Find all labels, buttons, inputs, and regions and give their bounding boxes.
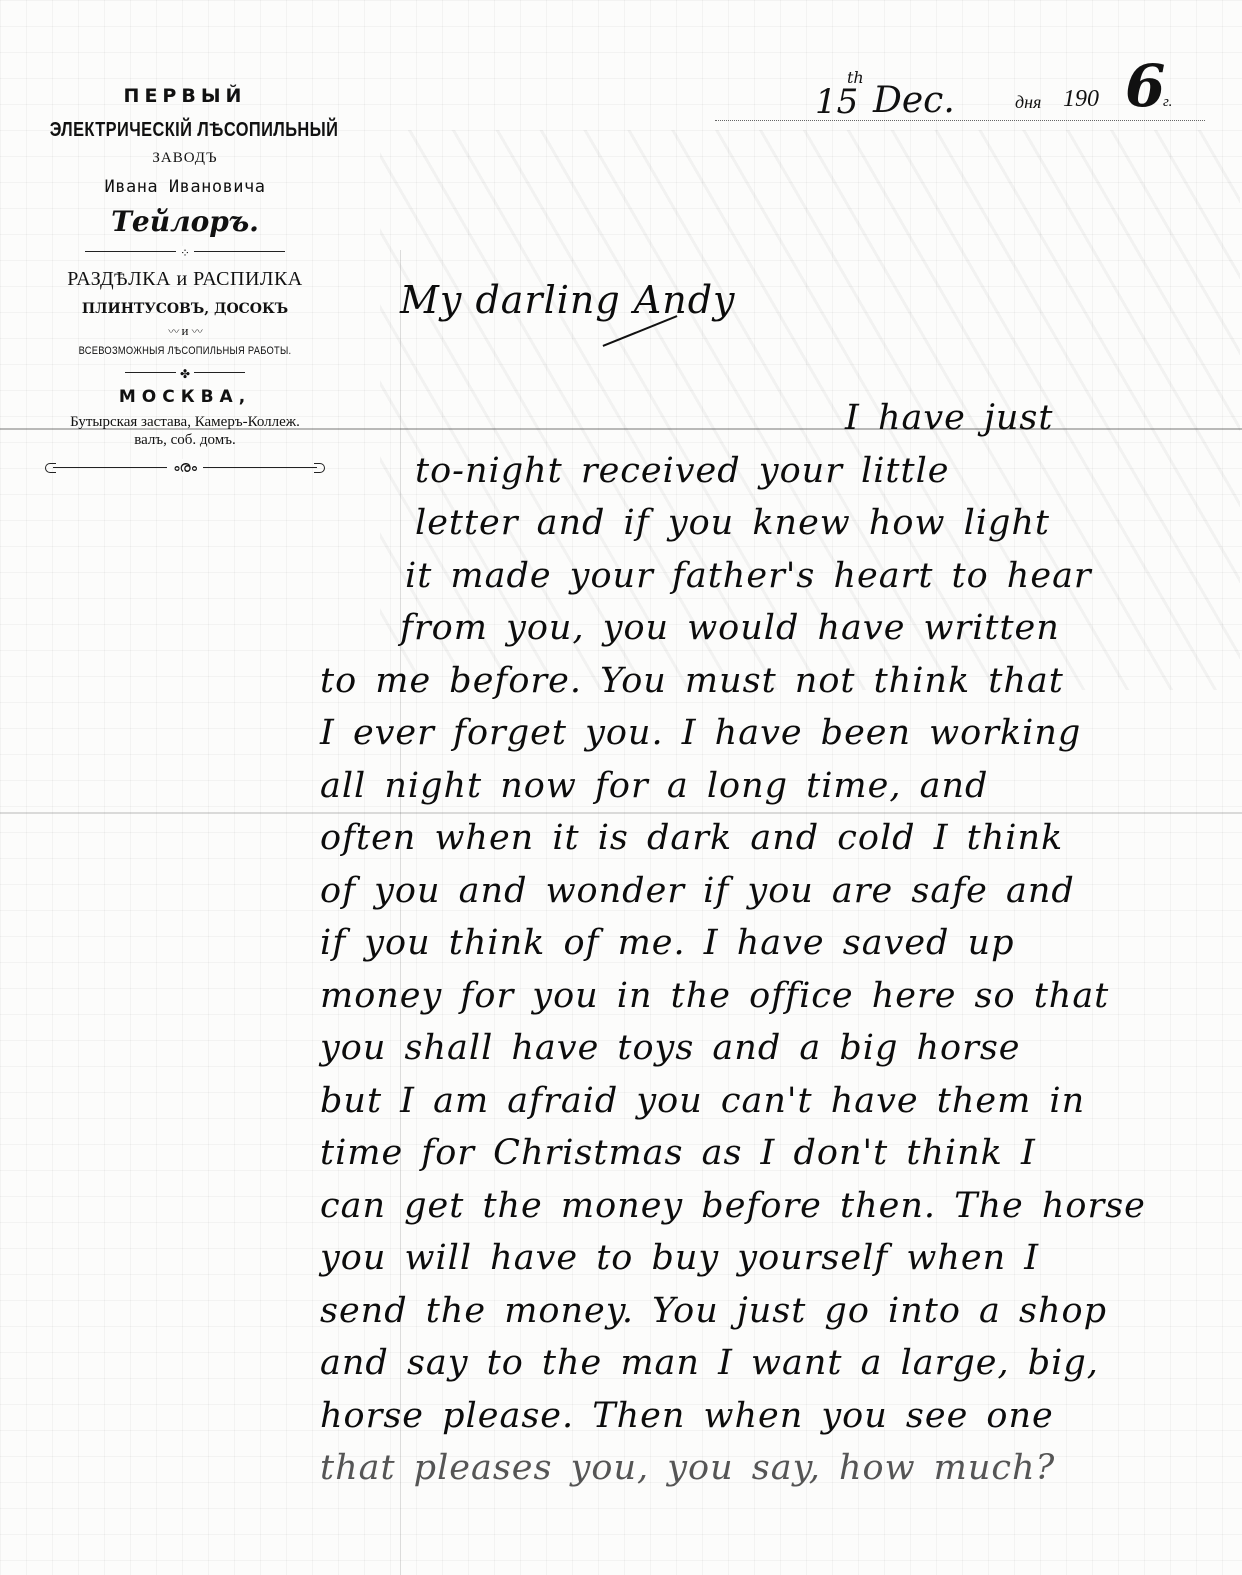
letterhead-and: 〰 и 〰 <box>20 323 350 339</box>
letterhead: ПЕРВЫЙ ЭЛЕКТРИЧЕСКІЙ ЛѢСОПИЛЬНЫЙ ЗАВОДЪ … <box>20 85 350 487</box>
letterhead-surname: Тейлоръ. <box>20 205 350 238</box>
letter-line: that pleases you, you say, how much? <box>320 1442 1220 1495</box>
letterhead-divider-2: ✤ <box>125 365 245 379</box>
date-printed-year: 190 <box>1063 86 1099 113</box>
letterhead-address-2: валъ, соб. домъ. <box>20 431 350 449</box>
letter-line: letter and if you knew how light <box>320 497 1220 550</box>
letterhead-factory: ЗАВОДЪ <box>20 150 350 167</box>
letterhead-divider: ⁘ <box>85 244 285 258</box>
letter-line: can get the money before then. The horse <box>320 1180 1220 1233</box>
salutation: My darling Andy <box>400 278 736 322</box>
letter-line: from you, you would have written <box>320 602 1220 655</box>
date-printed-dnya: дня <box>1015 92 1041 113</box>
letter-line: you will have to buy yourself when I <box>320 1232 1220 1285</box>
letter-line: but I am afraid you can't have them in <box>320 1075 1220 1128</box>
letter-line: if you think of me. I have saved up <box>320 917 1220 970</box>
letter-line: you shall have toys and a big horse <box>320 1022 1220 1075</box>
letterhead-all-works: ВСЕВОЗМОЖНЫЯ ЛѢСОПИЛЬНЫЯ РАБОТЫ. <box>45 345 326 357</box>
date-year-suffix: г. <box>1163 94 1172 111</box>
date-day: 15 <box>815 82 858 122</box>
letter-line: to me before. You must not think that <box>320 655 1220 708</box>
letter-line: it made your father's heart to hear <box>320 550 1220 603</box>
letterhead-first: ПЕРВЫЙ <box>20 85 350 107</box>
letter-line: time for Christmas as I don't think I <box>320 1127 1220 1180</box>
letterhead-city: МОСКВА, <box>20 387 350 407</box>
letterhead-owner-name: Ивана Ивановича <box>20 177 350 197</box>
letter-line: horse please. Then when you see one <box>320 1390 1220 1443</box>
letter-line: all night now for a long time, and <box>320 760 1220 813</box>
letter-line: and say to the man I want a large, big, <box>320 1337 1220 1390</box>
wave-ornament-icon: 〰 <box>168 326 178 338</box>
star-ornament-icon: ⁘ <box>176 246 194 260</box>
letter-line: money for you in the office here so that <box>320 970 1220 1023</box>
letter-body: I have just to-night received your littl… <box>320 392 1220 1495</box>
date-month: Dec. <box>873 80 955 121</box>
date-line: 15 th Dec. дня 190 6 г. <box>715 80 1205 121</box>
scroll-ornament-icon: ൟ <box>167 459 203 476</box>
letterhead-flourish: ൟ <box>45 459 325 487</box>
quatrefoil-ornament-icon: ✤ <box>176 367 194 381</box>
letter-line: often when it is dark and cold I think <box>320 812 1220 865</box>
date-year-digit: 6 <box>1125 52 1165 120</box>
letterhead-electric-sawmill: ЭЛЕКТРИЧЕСКІЙ ЛѢСОПИЛЬНЫЙ <box>50 119 321 142</box>
wave-ornament-icon: 〰 <box>192 326 202 338</box>
letter-line: send the money. You just go into a shop <box>320 1285 1220 1338</box>
letterhead-products: ПЛИНТУСОВЪ, ДОСОКЪ <box>20 301 350 317</box>
letter-line: of you and wonder if you are safe and <box>320 865 1220 918</box>
letter-line: I have just <box>320 392 1220 445</box>
letter-line: to-night received your little <box>320 445 1220 498</box>
letterhead-services: РАЗДѢЛКА и РАСПИЛКА <box>20 268 350 291</box>
date-day-suffix: th <box>847 68 864 87</box>
letterhead-address-1: Бутырская застава, Камеръ-Коллеж. <box>20 413 350 431</box>
letter-line: I ever forget you. I have been working <box>320 707 1220 760</box>
